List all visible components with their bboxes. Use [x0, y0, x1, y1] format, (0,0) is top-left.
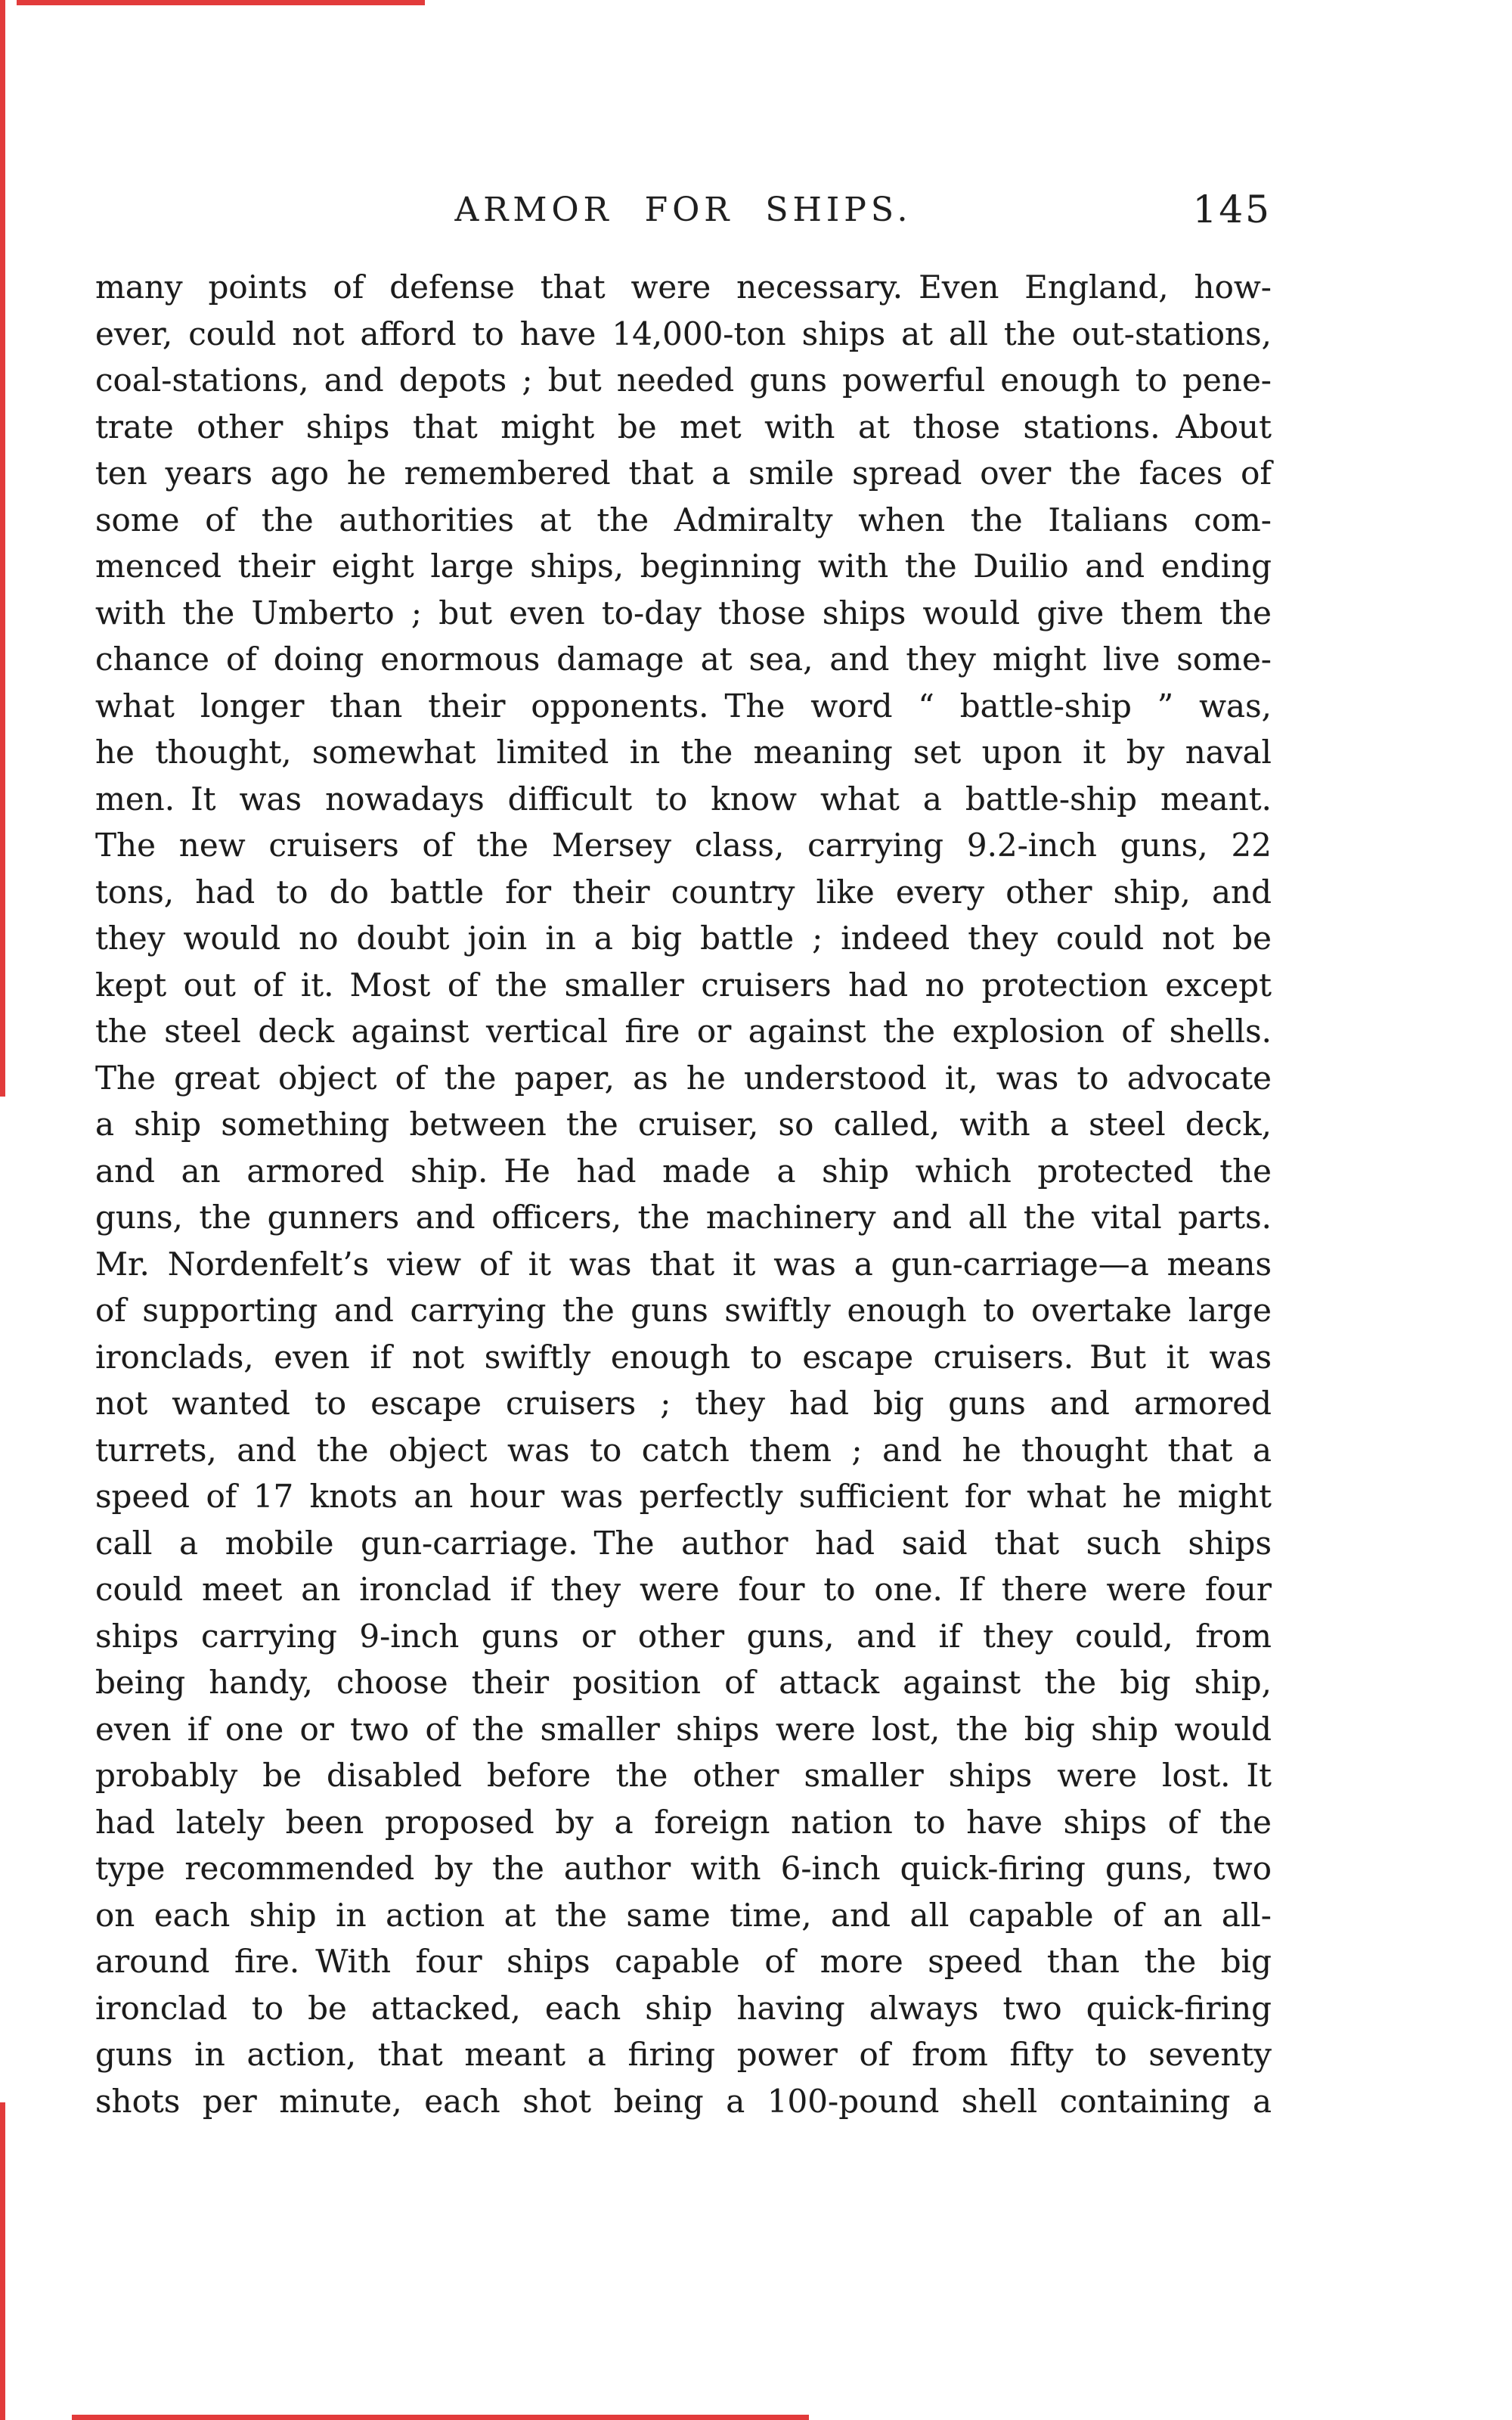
page-number: 145: [1193, 188, 1272, 231]
body-text: many points of defense that were necessa…: [95, 264, 1272, 2124]
scan-artifact-top-edge: [17, 0, 425, 5]
scan-artifact-bottom-edge: [72, 2415, 809, 2420]
scanned-book-page: ARMOR FOR SHIPS. 145 many points of defe…: [0, 0, 1512, 2420]
page-title: ARMOR FOR SHIPS.: [95, 191, 1272, 229]
running-header: ARMOR FOR SHIPS. 145: [95, 191, 1272, 236]
scan-artifact-left-edge-lower: [0, 2102, 5, 2420]
scan-artifact-left-edge-upper: [0, 0, 5, 1097]
